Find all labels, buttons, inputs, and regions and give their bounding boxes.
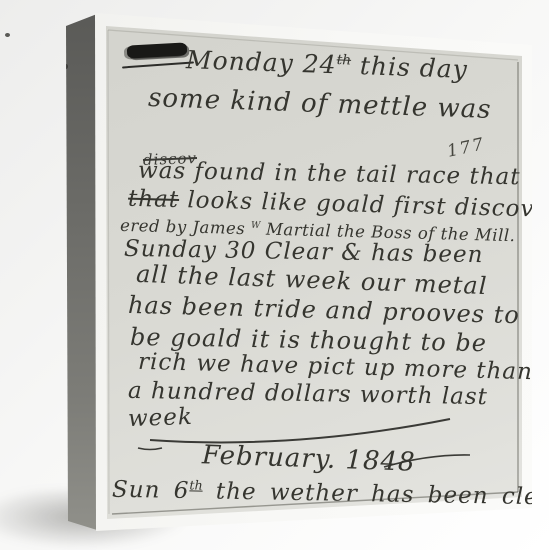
diary-line-date-feb1848: February. 1848 (202, 442, 416, 475)
superscript: th (189, 477, 202, 492)
diary-text: ered by James (120, 216, 251, 238)
diary-text: Monday 24 (186, 45, 337, 79)
canvas-side-knot (64, 64, 68, 69)
diary-text: this day (350, 51, 468, 84)
background-speck (5, 33, 10, 37)
canvas-print: 177 Monday 24th this day some kind of me… (94, 12, 536, 532)
diary-line: week (128, 406, 194, 431)
diary-text: week (128, 404, 194, 432)
superscript: th (336, 52, 351, 68)
diary-text: Sun 6 (112, 477, 190, 504)
struck-word: that (128, 186, 180, 213)
canvas-side-edge (62, 12, 98, 532)
